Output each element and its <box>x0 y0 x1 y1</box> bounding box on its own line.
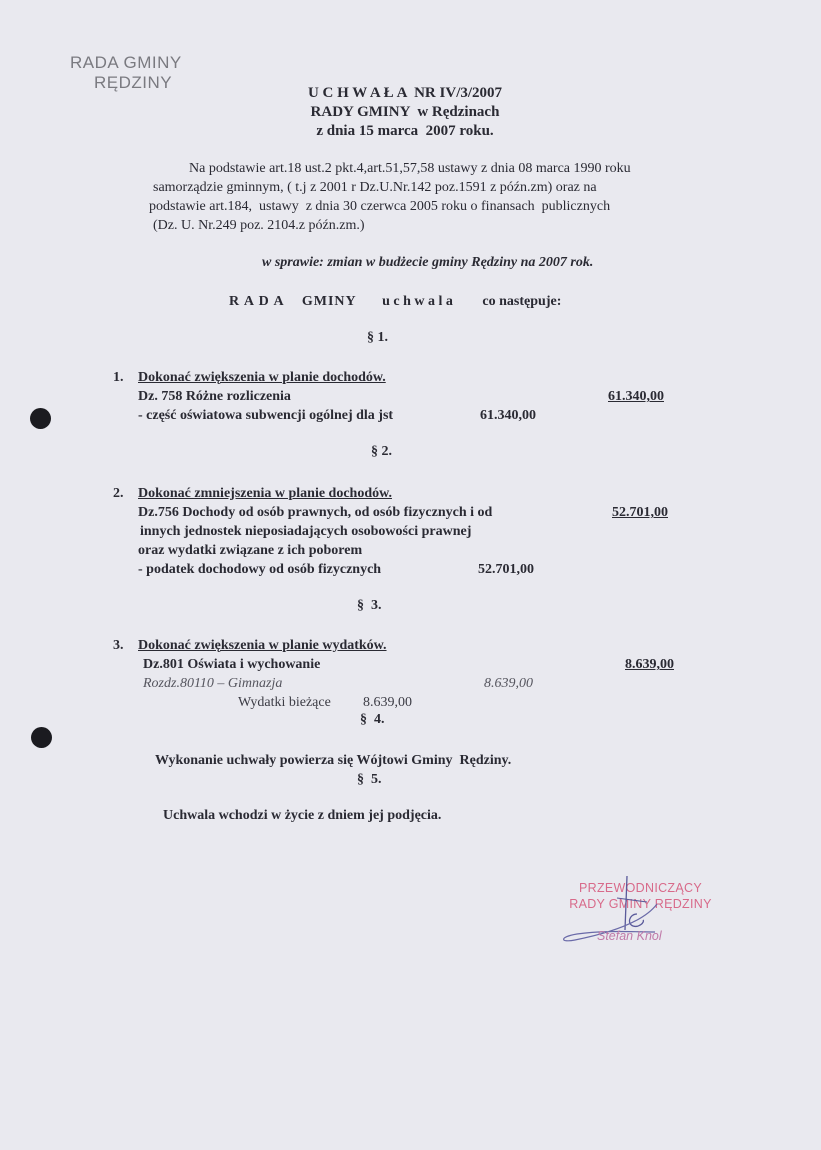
preamble: Na podstawie art.18 ust.2 pkt.4,art.51,5… <box>150 159 631 235</box>
section-2-heading: Dokonać zmniejszenia w planie dochodów. <box>138 484 392 503</box>
section-1-sub-amount: 61.340,00 <box>480 406 536 425</box>
resolution-date: z dnia 15 marca 2007 roku. <box>290 122 520 141</box>
paragraph-symbol-1: § 1. <box>367 330 388 346</box>
punch-hole-top <box>30 408 51 429</box>
resolution-subtitle: RADY GMINY w Rędzinach <box>290 103 520 122</box>
section-1-number: 1. <box>113 370 124 385</box>
section-1-line: - część oświatowa subwencji ogólnej dla … <box>138 408 393 423</box>
section-1: 1. Dokonać zwiększenia w planie dochodów… <box>113 368 693 425</box>
section-2-line: oraz wydatki związane z ich poborem <box>138 543 362 558</box>
section-2-sub-amount: 52.701,00 <box>478 560 534 579</box>
signatory-name: Stefan Knol <box>597 929 662 943</box>
resolution-title: U C H W A Ł A NR IV/3/2007 <box>290 84 520 103</box>
section-2-line: innych jednostek nieposiadających osobow… <box>140 524 471 539</box>
punch-hole-bottom <box>31 727 52 748</box>
resolves-part2: u c h w a l a <box>382 294 453 309</box>
resolves-part3: co następuje: <box>482 294 561 309</box>
resolves-part1: R A D A GMINY <box>229 294 357 309</box>
section-3-chapter-amount: 8.639,00 <box>484 674 533 693</box>
preamble-line: (Dz. U. Nr.249 poz. 2104.z późn.zm.) <box>150 216 631 235</box>
paragraph-symbol-4: § 4. <box>360 712 385 728</box>
section-3-line: Rozdz.80110 – Gimnazja <box>143 676 282 691</box>
section-1-heading: Dokonać zwiększenia w planie dochodów. <box>138 368 386 387</box>
section-1-total: 61.340,00 <box>608 387 664 406</box>
paragraph-symbol-5: § 5. <box>357 772 382 788</box>
section-2: 2. Dokonać zmniejszenia w planie dochodó… <box>113 484 693 579</box>
stamp-line-1: RADA GMINY <box>70 53 182 73</box>
section-3-heading: Dokonać zwiększenia w planie wydatków. <box>138 636 387 655</box>
section-3-line: Dz.801 Oświata i wychowanie <box>143 657 320 672</box>
subject-line: w sprawie: zmian w budżecie gminy Rędzin… <box>262 253 593 272</box>
council-stamp: RADA GMINY RĘDZINY <box>70 53 182 93</box>
paragraph-symbol-2: § 2. <box>371 444 392 460</box>
paragraph-symbol-3: § 3. <box>357 598 382 614</box>
preamble-line: samorządzie gminnym, ( t.j z 2001 r Dz.U… <box>150 178 631 197</box>
section-2-line: Dz.756 Dochody od osób prawnych, od osób… <box>138 505 492 520</box>
section-3-number: 3. <box>113 638 124 653</box>
preamble-line: podstawie art.184, ustawy z dnia 30 czer… <box>149 197 631 216</box>
section-4-text: Wykonanie uchwały powierza się Wójtowi G… <box>155 751 511 770</box>
preamble-line: Na podstawie art.18 ust.2 pkt.4,art.51,5… <box>150 159 631 178</box>
section-3: 3. Dokonać zwiększenia w planie wydatków… <box>113 636 713 712</box>
section-1-line: Dz. 758 Różne rozliczenia <box>138 389 291 404</box>
section-2-total: 52.701,00 <box>612 503 668 522</box>
section-2-line: - podatek dochodowy od osób fizycznych <box>138 562 381 577</box>
subject-text: w sprawie: zmian w budżecie gminy Rędzin… <box>262 255 590 270</box>
stamp-line-2: RĘDZINY <box>70 73 182 93</box>
council-resolves: R A D A GMINY u c h w a l a co następuje… <box>229 294 561 310</box>
document-header: U C H W A Ł A NR IV/3/2007 RADY GMINY w … <box>290 84 520 141</box>
section-2-number: 2. <box>113 486 124 501</box>
section-3-line: Wydatki bieżące <box>238 695 331 710</box>
section-3-current-amount: 8.639,00 <box>363 693 412 712</box>
section-5-text: Uchwala wchodzi w życie z dniem jej podj… <box>163 806 441 825</box>
section-3-total: 8.639,00 <box>625 655 674 674</box>
